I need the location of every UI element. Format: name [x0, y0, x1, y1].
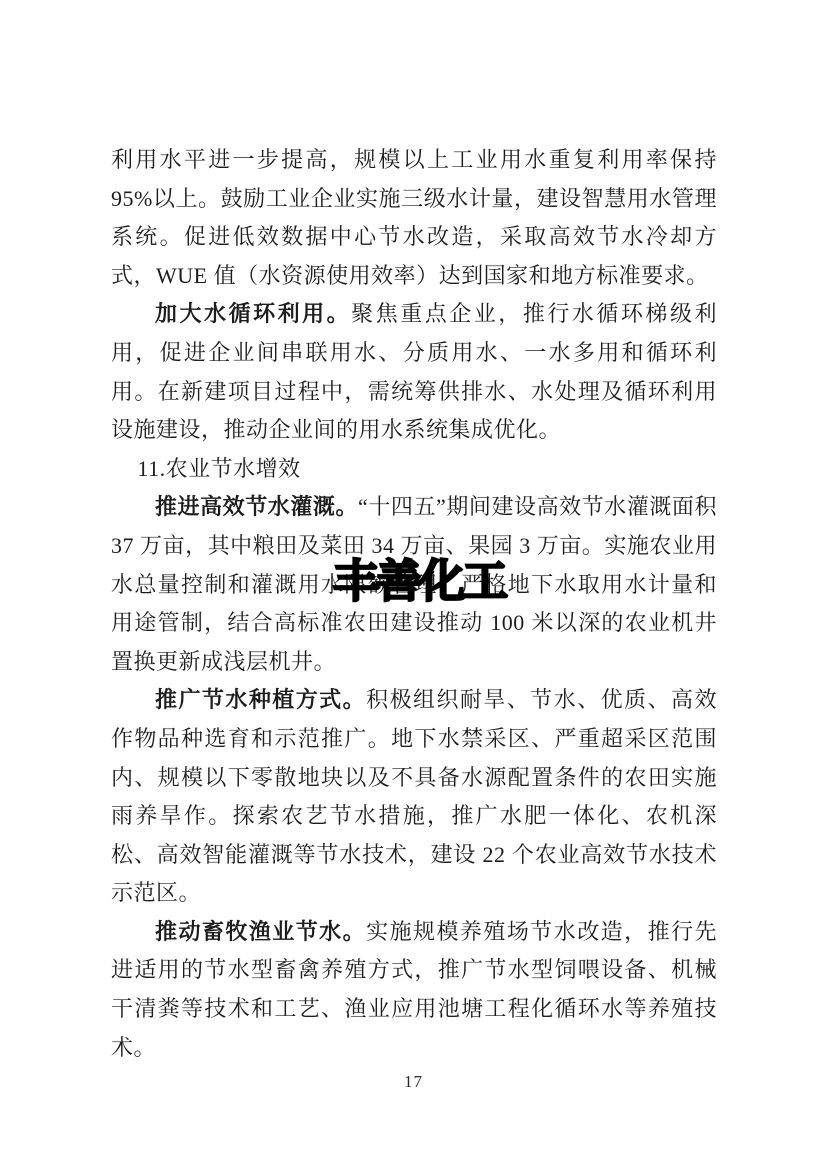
- paragraph-lead: 推进高效节水灌溉。: [155, 494, 358, 519]
- heading-text: 11.农业节水增效: [137, 456, 300, 481]
- paragraph-text: 积极组织耐旱、节水、优质、高效作物品种选育和示范推广。地下水禁采区、严重超采区范…: [111, 687, 717, 905]
- company-watermark: 丰善化工: [333, 555, 498, 607]
- page-number: 17: [0, 1072, 827, 1092]
- paragraph-water-recycling: 加大水循环利用。聚焦重点企业，推行水循环梯级利用，促进企业间串联用水、分质用水、…: [111, 295, 717, 449]
- paragraph-lead: 推广节水种植方式。: [155, 687, 366, 712]
- paragraph-lead: 推动畜牧渔业节水。: [155, 919, 366, 944]
- paragraph-livestock-fishery-water-saving: 推动畜牧渔业节水。实施规模养殖场节水改造，推行先进适用的节水型畜禽养殖方式，推广…: [111, 913, 717, 1067]
- paragraph-water-saving-planting: 推广节水种植方式。积极组织耐旱、节水、优质、高效作物品种选育和示范推广。地下水禁…: [111, 681, 717, 913]
- paragraph-industrial-water-reuse: 利用水平进一步提高，规模以上工业用水重复利用率保持 95%以上。鼓励工业企业实施…: [111, 141, 717, 295]
- paragraph-lead: 加大水循环利用。: [155, 301, 351, 326]
- section-heading-agriculture-water-saving: 11.农业节水增效: [111, 450, 717, 489]
- document-page: 利用水平进一步提高，规模以上工业用水重复利用率保持 95%以上。鼓励工业企业实施…: [0, 0, 827, 1169]
- paragraph-text: 利用水平进一步提高，规模以上工业用水重复利用率保持 95%以上。鼓励工业企业实施…: [111, 147, 717, 288]
